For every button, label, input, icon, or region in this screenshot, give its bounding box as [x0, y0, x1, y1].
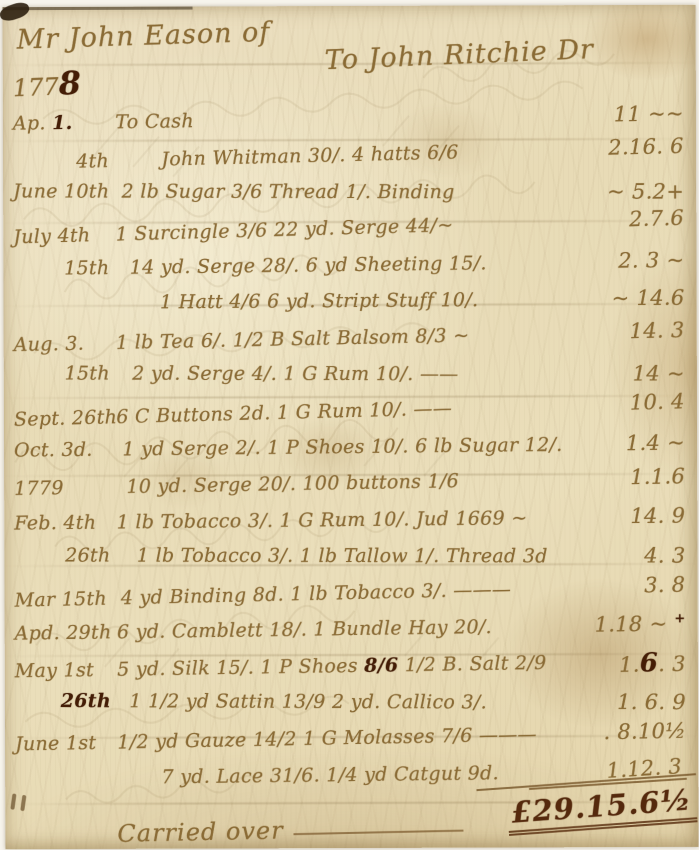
- entry-desc-text: 1/2 B. Salt 2/9: [398, 652, 546, 676]
- cross-check-mark: +: [674, 611, 685, 626]
- entry-description: 5 yd. Silk 15/. 1 P Shoes 8/6 1/2 B. Sal…: [117, 652, 547, 681]
- entry-description: 1 1/2 yd Sattin 13/9 2 yd. Callico 3/.: [129, 690, 487, 713]
- entry-date-overwrite: 26th: [15, 690, 111, 712]
- entry-amount: 10. 4: [534, 389, 685, 417]
- entry-description: 1/2 yd Gauze 14/2 1 G Molasses 7/6 ———: [117, 724, 537, 754]
- entry-desc-overwrite: 8/6: [364, 654, 399, 677]
- entry-date: 26th: [14, 545, 110, 567]
- entry-description: 7 yd. Lace 31/6. 1/4 yd Catgut 9d.: [161, 762, 499, 788]
- entry-amount-text: 1.18 ~: [594, 612, 667, 637]
- entry-date: June 1st: [15, 732, 111, 756]
- entry-description: 2 lb Sugar 3/6 Thread 1/. Binding: [122, 180, 455, 203]
- entry-description: To Cash: [115, 110, 194, 133]
- entry-amount: 1.4 ~: [535, 430, 685, 456]
- entry-description: 1 lb Tea 6/. 1/2 B Salt Balsom 8/3 ~: [116, 324, 470, 353]
- entry-amount: 2. 3 ~: [534, 248, 684, 274]
- ledger-row: 15th 2 yd. Serge 4/. 1 G Rum 10/. —— 14 …: [14, 362, 689, 393]
- scanned-document: Mr John Eason of To John Ritchie Dr 1778…: [0, 0, 699, 850]
- entry-description: 1 yd Serge 2/. 1 P Shoes 10/. 6 lb Sugar…: [122, 434, 562, 461]
- entry-amount: 1. 6. 9: [536, 690, 686, 715]
- ledger-row: 26th 1 1/2 yd Sattin 13/9 2 yd. Callico …: [15, 690, 690, 722]
- entry-date: Oct. 3d.: [14, 438, 110, 461]
- entry-date-text: Ap.: [13, 112, 52, 135]
- entry-amount: 14 ~: [535, 361, 685, 385]
- entry-description: John Whitman 30/. 4 hatts 6/6: [161, 142, 459, 171]
- carried-over-label: Carried over: [117, 816, 284, 847]
- entry-date-year: 1779: [14, 477, 110, 501]
- entry-date: Apd. 29th: [15, 621, 111, 644]
- entry-amount: 14. 9: [535, 503, 685, 529]
- paper-sheet: Mr John Eason of To John Ritchie Dr 1778…: [3, 5, 699, 849]
- entry-amount: 2.16. 6: [534, 134, 685, 162]
- ledger-row: Oct. 3d. 1 yd Serge 2/. 1 P Shoes 10/. 6…: [14, 432, 689, 469]
- entry-amount: 1.18 ~ +: [535, 611, 685, 637]
- entry-date: 15th: [14, 362, 110, 384]
- entry-date: Sept. 26th: [14, 406, 111, 431]
- entry-amount: 3. 8: [535, 572, 686, 599]
- entry-date: May 1st: [15, 658, 111, 682]
- entry-date: Mar 15th: [14, 587, 110, 611]
- entry-description: 6 yd. Camblett 18/. 1 Bundle Hay 20/.: [117, 616, 492, 643]
- entry-description: 1 Surcingle 3/6 22 yd. Serge 44/~: [115, 214, 453, 245]
- entry-date: [13, 292, 109, 293]
- entry-description: 1 Hatt 4/6 6 yd. Stript Stuff 10/.: [160, 289, 479, 313]
- entry-date: June 10th: [13, 180, 109, 202]
- ledger-row: June 10th 2 lb Sugar 3/6 Thread 1/. Bind…: [13, 180, 688, 211]
- year-overwritten-digit: 8: [58, 64, 82, 103]
- entry-amount: ~ 14.6: [534, 286, 684, 311]
- entry-date: Aug. 3.: [13, 332, 109, 356]
- ledger-row: 4th John Whitman 30/. 4 hatts 6/6 2.16. …: [13, 136, 689, 182]
- entry-description: 14 yd. Serge 28/. 6 yd Sheeting 15/.: [130, 252, 487, 278]
- entry-amount: ~ 5.2+: [534, 179, 684, 203]
- entry-desc-text: 5 yd. Silk 15/. 1 P Shoes: [117, 654, 364, 680]
- entry-amount-text: . 3: [658, 651, 686, 675]
- entry-amount: 2.7.6: [534, 206, 685, 234]
- ledger-row: 1779 10 yd. Serge 20/. 100 buttons 1/6 1…: [14, 466, 689, 508]
- entry-date: July 4th: [13, 224, 110, 249]
- entry-description: 10 yd. Serge 20/. 100 buttons 1/6: [126, 470, 459, 498]
- ledger-rows: Ap. 1. To Cash 11 ~~ 4th John Whitman 30…: [13, 107, 690, 795]
- ledger-row: June 1st 1/2 yd Gauze 14/2 1 G Molasses …: [15, 721, 690, 764]
- year-text: 177: [12, 73, 59, 103]
- ledger-row: May 1st 5 yd. Silk 15/. 1 P Shoes 8/6 1/…: [15, 649, 690, 690]
- ledger-row: 26th 1 lb Tobacco 3/. 1 lb Tallow 1/. Th…: [14, 545, 689, 576]
- entry-description: 4 yd Binding 8d. 1 lb Tobacco 3/. ———: [121, 578, 512, 609]
- entry-amount: 1.6. 3: [536, 647, 686, 679]
- entry-description: 1 lb Tobacco 3/. 1 G Rum 10/. Jud 1669 ~: [117, 507, 528, 533]
- entry-amount: . 8.10½: [536, 719, 686, 746]
- year-heading: 1778: [12, 64, 81, 105]
- entry-date: Feb. 4th: [14, 511, 110, 534]
- entry-date: 4th: [13, 150, 110, 174]
- ledger-row: Feb. 4th 1 lb Tobacco 3/. 1 G Rum 10/. J…: [14, 505, 689, 542]
- ledger-row: 1 Hatt 4/6 6 yd. Stript Stuff 10/. ~ 14.…: [13, 288, 688, 323]
- entry-amount: 14. 3: [534, 318, 684, 345]
- entry-date-overwrite: 1.: [52, 112, 73, 134]
- entry-amount: 1.1.6: [535, 465, 685, 492]
- ledger-row: Apd. 29th 6 yd. Camblett 18/. 1 Bundle H…: [15, 613, 690, 652]
- entry-amount: 4. 3: [535, 544, 685, 568]
- ledger-row: Aug. 3. 1 lb Tea 6/. 1/2 B Salt Balsom 8…: [13, 320, 688, 364]
- carried-over-dash-line: [294, 830, 464, 836]
- entry-description: 1 lb Tobacco 3/. 1 lb Tallow 1/. Thread …: [137, 545, 548, 568]
- entry-date: Ap. 1.: [13, 111, 109, 134]
- entry-description: 2 yd. Serge 4/. 1 G Rum 10/. ——: [132, 363, 458, 386]
- entry-date: 15th: [13, 257, 109, 280]
- entry-amount-text: 1.: [619, 652, 640, 676]
- entry-amount: 11 ~~: [534, 101, 684, 127]
- entry-amount-overwrite: 6: [640, 648, 659, 678]
- entry-description: 6 C Buttons 2d. 1 G Rum 10/. ——: [116, 397, 452, 428]
- ledger-row: 15th 14 yd. Serge 28/. 6 yd Sheeting 15/…: [13, 250, 688, 288]
- entry-date: [15, 767, 111, 768]
